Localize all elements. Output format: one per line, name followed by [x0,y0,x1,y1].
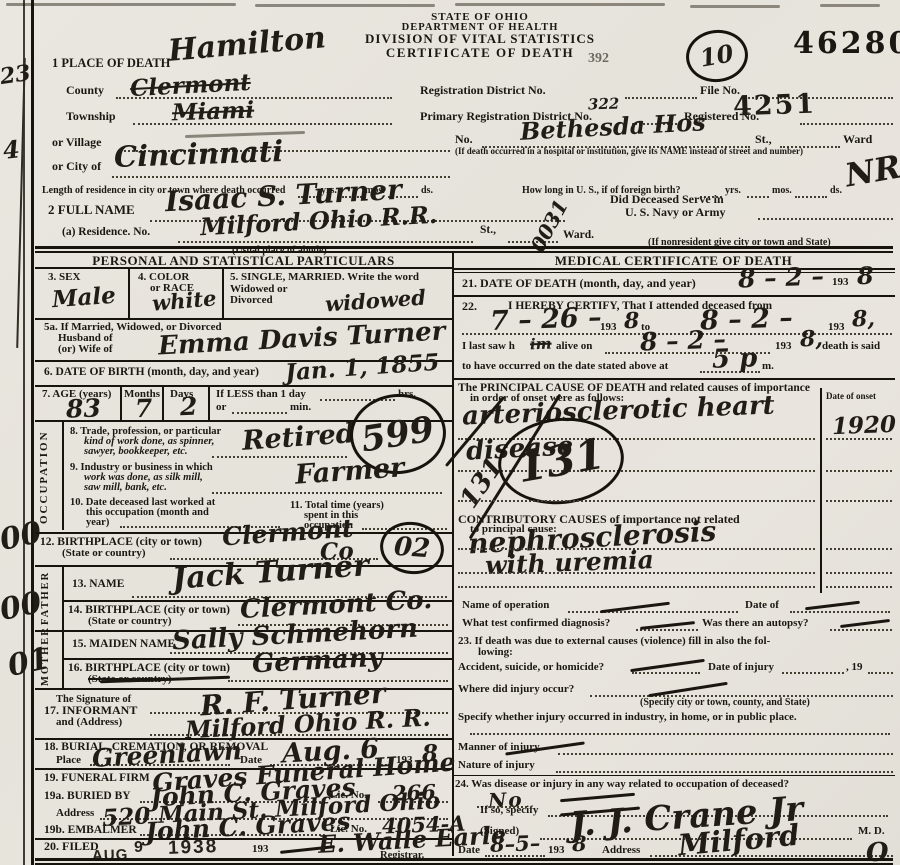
trade-label-3: sawyer, bookkeeper, etc. [84,446,188,457]
filed-year-pre: 193 [252,844,269,856]
injury-19-line [868,672,893,674]
cell-divider [162,385,164,420]
full-name-label: 2 FULL NAME [48,203,135,217]
filed-stamp-day: 9 [134,839,143,857]
dob-label: 6. DATE OF BIRTH (month, day, and year) [44,366,259,378]
certify-year1-pre: 193 [600,322,617,334]
foreign-line-2 [747,196,769,198]
death-certificate-scan: STATE OF OHIO DEPARTMENT OF HEALTH DIVIS… [0,0,900,865]
dod-year-hw: 8 [857,264,875,289]
file-stamp-392: 392 [588,52,609,67]
where-note: (Specify city or town, county, and State… [640,698,810,709]
last-saw-year-hw: 8, [800,328,824,351]
less-line-2 [232,412,287,414]
marital-label-1: 5. SINGLE, MARRIED. Write the word [230,272,419,284]
rule [452,378,895,380]
district-number-circle: 10 [683,27,750,85]
contributory-line-1r [826,548,892,550]
mother-birthplace-hw: Germany [251,645,383,678]
last-saw-label-2: alive on [556,341,592,353]
cell-divider [62,420,64,530]
bottom-rule [35,863,893,865]
sign-address-label: Address [602,845,640,857]
specify-line [470,733,890,735]
burial-place-label: Place [56,755,81,767]
manner-injury-line [558,753,893,755]
place-of-death-hw: Hamilton [167,23,327,67]
age-hw: 83 [66,395,102,421]
foreign-line-3 [795,196,827,198]
medical-title: MEDICAL CERTIFICATE OF DEATH [452,254,895,268]
less-or-label: or [216,402,226,414]
last-saw-him-hw: im [530,337,552,353]
place-of-death-label: 1 PLACE OF DEATH [52,57,170,70]
registered-no-line [800,123,893,125]
certify-from-hw: 7 – 26 – [490,304,602,335]
injury-19-label: , 19 [846,662,863,674]
residence-line-1 [178,241,473,243]
sex-hw: Male [51,284,116,311]
cell-divider [62,565,64,630]
ds-label: ds. [421,186,433,197]
navy-label-2: U. S. Navy or Army [625,206,725,219]
onset-date-hw: 1920 [832,413,897,438]
if-so-label: If so, specify [480,805,538,817]
cause-line-3r [826,500,892,502]
township-hw: Miami [172,99,255,125]
where-injury-label: Where did injury occur? [458,684,574,696]
marital-label-3: Divorced [230,295,273,307]
registered-no-hw: 4251 [733,91,817,121]
dob-hw: Jan. 1, 1855 [284,351,440,385]
informant-label-2: 17. INFORMANT [44,704,137,717]
pen-stroke [630,659,705,672]
serial-number: 46280 [793,28,900,60]
operation-label: Name of operation [462,600,549,612]
personal-title: PERSONAL AND STATISTICAL PARTICULARS [35,254,452,268]
pen-stroke [805,601,860,610]
sign-address-hw-2: O [866,840,890,865]
onset-column-header: Date of onset [826,392,876,401]
father-name-label: 13. NAME [72,578,124,590]
registration-district-label: Registration District No. [420,84,546,97]
margin-scribble: 4 [2,137,21,163]
father-vertical-label: FATHER [40,570,51,626]
nature-injury-line [556,771,893,773]
filed-stamp-month: AUG [92,846,129,864]
maiden-name-label: 15. MAIDEN NAME [72,638,175,650]
industry-hw: Farmer [294,454,405,489]
certify-year1-hw: 8 [624,310,640,333]
date-of-death-label: 21. DATE OF DEATH (month, day, and year) [462,277,696,290]
accident-label: Accident, suicide, or homicide? [458,662,604,674]
rule [452,775,895,776]
rule [452,268,895,270]
street-no-label: No. [455,133,473,146]
rule [452,272,895,273]
father-birthplace-label-2: (State or country) [88,616,172,628]
margin-scribble: 23 [0,62,32,88]
scan-artifact [6,3,236,6]
sign-date-label: Date [458,845,480,857]
mother-vertical-label: MOTHER [40,634,51,686]
cell-divider [120,385,122,420]
address-label: Address [56,808,94,820]
ds2-label: ds. [830,186,842,197]
mos2-label: mos. [772,186,792,197]
cell-divider [128,267,130,318]
injury-date-line [782,672,844,674]
scan-artifact [455,3,665,6]
st-label: St., [755,133,772,146]
header-division: DIVISION OF VITAL STATISTICS [300,32,660,46]
pen-stroke [840,619,890,628]
last-saw-year-pre: 193 [775,341,792,353]
certify-year2-pre: 193 [828,322,845,334]
funeral-firm-label: 19. FUNERAL FIRM [44,772,150,784]
age-months-hw: 7 [135,396,153,422]
age-days-hw: 2 [180,394,198,420]
external-label-2: lowing: [478,647,513,659]
occurred-time-hw: 5 p [712,345,758,373]
contributory-line-2 [458,572,815,574]
rule [35,385,452,387]
industry-label-3: saw mill, bank, etc. [84,482,167,493]
residence-label: (a) Residence. No. [62,226,150,238]
navy-label-1: Did Deceased Serve in [610,193,724,206]
ward-label: Ward [843,133,872,146]
autopsy-line [830,629,892,631]
autopsy-label: Was there an autopsy? [702,618,808,630]
birthplace-code-circle: 02 [377,518,448,578]
md-label: M. D. [858,826,885,838]
sex-label: 3. SEX [48,272,80,284]
less-min-label: min. [290,402,311,414]
cause-line-2r [826,470,892,472]
specify-injury-label: Specify whether injury occurred in indus… [458,712,797,724]
cell-divider [222,267,224,318]
birthplace-label-2: (State or country) [62,548,146,560]
occurred-label: to have occurred on the date stated abov… [462,361,668,373]
less-than-label: If LESS than 1 day [216,389,306,401]
sign-date-hw: 8–5– [490,832,541,855]
residence-ward-label: Ward. [563,229,594,241]
cell-divider [208,385,210,420]
operation-date-label: Date of [745,600,779,612]
hospital-note: (If death occurred in a hospital or inst… [455,147,803,156]
binding-line [31,0,34,865]
registration-district-line [625,97,697,99]
birthplace-code-hw: 02 [393,534,431,562]
scan-artifact [820,4,880,7]
scan-artifact [690,5,780,8]
trade-code-hw: 599 [359,411,437,457]
certify-number: 22. [462,300,477,313]
onset-column-divider [820,388,822,593]
nr-hw: NR [843,150,900,191]
trade-hw: Retired [241,420,355,455]
buried-by-label: 19a. BURIED BY [44,790,131,802]
filed-label: 20. FILED [44,840,99,853]
primary-district-hw: 322 [588,96,620,112]
contributory-line-3r [826,586,892,588]
rule [452,295,895,297]
margin-scribble: 00 [0,588,44,626]
rule [35,267,452,269]
village-label: or Village [52,136,101,149]
marital-hw: widowed [324,287,426,315]
occupation-vertical-label: OCCUPATION [38,432,50,524]
city-label: or City of [52,160,101,173]
date-of-death-hw: 8 – 2 – [738,264,825,292]
test-label: What test confirmed diagnosis? [462,618,610,630]
section-divider [35,246,893,249]
hospital-name-hw: Bethesda Hos [519,110,706,144]
township-label: Township [66,110,116,123]
accident-line [632,672,700,674]
certify-year2-hw: 8, [852,308,876,331]
navy-line [758,218,893,220]
county-label: County [66,84,104,97]
last-saw-label-1: I last saw h [462,341,515,353]
last-saw-label-3: death is said [822,341,880,353]
rule [35,738,452,740]
district-number-hw: 10 [698,41,735,70]
operation-date-line [790,611,890,613]
lastwork-label-3: year) [86,517,109,528]
embalmer-label: 19b. EMBALMER [44,824,137,836]
county-hw: Clermont [129,71,251,100]
industry-line [212,492,442,494]
nature-injury-label: Nature of injury [458,760,535,772]
sign-date-year-hw: 8 [572,833,587,854]
injury-date-label: Date of injury [708,662,774,674]
color-hw: white [151,287,217,314]
cause-code2-hw: 131 [456,453,508,512]
occurred-m-label: m. [762,361,774,373]
contributory-line-3 [458,586,815,588]
cause-line-3 [458,500,815,502]
residence-st-label: St., [480,224,496,236]
scan-artifact [255,4,435,7]
spouse-label-3: (or) Wife of [58,344,113,356]
sign-date-year-pre: 193 [548,845,565,857]
test-line [636,629,698,631]
contributory-line-2r [826,572,892,574]
informant-label-3: and (Address) [56,717,122,729]
yrs2-label: yrs. [725,186,741,197]
operation-line [568,611,738,613]
city-hw: Cincinnati [114,137,284,172]
bottom-rule [35,858,893,861]
dod-year-pre: 193 [832,277,849,289]
filed-stamp-year: 1938 [168,836,219,860]
